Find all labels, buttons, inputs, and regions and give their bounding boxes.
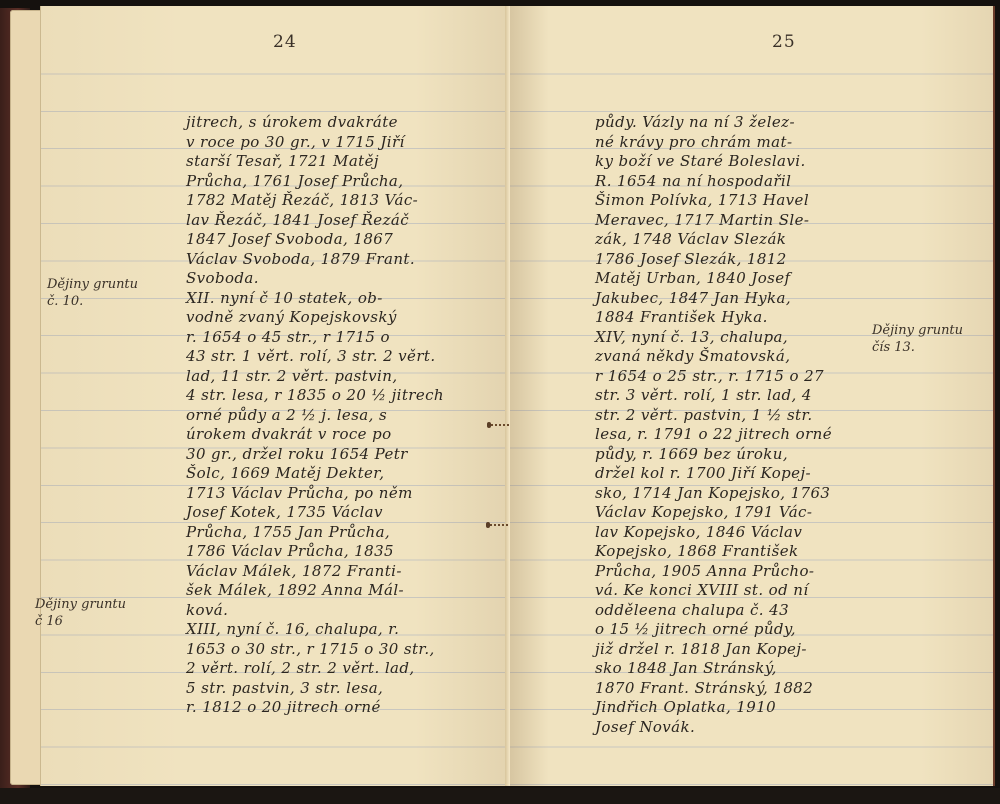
text-line: Průcha, 1755 Jan Průcha,	[186, 523, 486, 543]
text-line: Jindřich Oplatka, 1910	[595, 698, 895, 718]
margin-note-title: Dějiny gruntu	[35, 596, 126, 613]
text-line: lad, 11 str. 2 věrt. pastvin,	[186, 367, 486, 387]
margin-note-number: č. 10.	[47, 293, 138, 310]
text-line: Josef Kotek, 1735 Václav	[186, 503, 486, 523]
text-line: šek Málek, 1892 Anna Mál-	[186, 581, 486, 601]
text-line: r 1654 o 25 str., r. 1715 o 27	[595, 367, 895, 387]
text-line: 1786 Václav Průcha, 1835	[186, 542, 486, 562]
text-line: zvaná někdy Šmatovská,	[595, 347, 895, 367]
text-line: str. 2 věrt. pastvin, 1 ½ str.	[595, 406, 895, 426]
text-line: zák, 1748 Václav Slezák	[595, 230, 895, 250]
text-line: 5 str. pastvin, 3 str. lesa,	[186, 679, 486, 699]
page-number: 25	[772, 32, 796, 52]
text-line: půdy, r. 1669 bez úroku,	[595, 445, 895, 465]
text-line: sko 1848 Jan Stránský,	[595, 659, 895, 679]
text-line: 1847 Josef Svoboda, 1867	[186, 230, 486, 250]
text-line: str. 3 věrt. rolí, 1 str. lad, 4	[595, 386, 895, 406]
text-line: 43 str. 1 věrt. rolí, 3 str. 2 věrt.	[186, 347, 486, 367]
text-line: držel kol r. 1700 Jiří Kopej-	[595, 464, 895, 484]
text-line: Šolc, 1669 Matěj Dekter,	[186, 464, 486, 484]
text-line: orné půdy a 2 ½ j. lesa, s	[186, 406, 486, 426]
text-line: půdy. Vázly na ní 3 želez-	[595, 113, 895, 133]
text-line: 1786 Josef Slezák, 1812	[595, 250, 895, 270]
text-line: Kopejsko, 1868 František	[595, 542, 895, 562]
left-page: 24 Dějiny gruntu č. 10. Dějiny gruntu č …	[40, 6, 509, 786]
text-line: XIV, nyní č. 13, chalupa,	[595, 328, 895, 348]
text-line: R. 1654 na ní hospodařil	[595, 172, 895, 192]
margin-note-number: č 16	[35, 613, 126, 630]
text-line: Václav Svoboda, 1879 Frant.	[186, 250, 486, 270]
text-line: vá. Ke konci XVIII st. od ní	[595, 581, 895, 601]
text-line: ky boží ve Staré Boleslavi.	[595, 152, 895, 172]
text-line: Meravec, 1717 Martin Sle-	[595, 211, 895, 231]
handwritten-text-column: jitrech, s úrokem dvakráte v roce po 30 …	[186, 113, 486, 718]
text-line: Svoboda.	[186, 269, 486, 289]
text-line: lav Kopejsko, 1846 Václav	[595, 523, 895, 543]
text-line: Šimon Polívka, 1713 Havel	[595, 191, 895, 211]
text-line: 1884 František Hyka.	[595, 308, 895, 328]
text-line: Průcha, 1761 Josef Průcha,	[186, 172, 486, 192]
text-line: Průcha, 1905 Anna Průcho-	[595, 562, 895, 582]
text-line: r. 1654 o 45 str., r 1715 o	[186, 328, 486, 348]
handwritten-text-column: půdy. Vázly na ní 3 želez- né krávy pro …	[595, 113, 895, 737]
text-line: XII. nyní č 10 statek, ob-	[186, 289, 486, 309]
text-line: vodně zvaný Kopejskovský	[186, 308, 486, 328]
text-line: odděleena chalupa č. 43	[595, 601, 895, 621]
text-line: ková.	[186, 601, 486, 621]
text-line: jitrech, s úrokem dvakráte	[186, 113, 486, 133]
text-line: 30 gr., držel roku 1654 Petr	[186, 445, 486, 465]
text-line: Matěj Urban, 1840 Josef	[595, 269, 895, 289]
text-line: né krávy pro chrám mat-	[595, 133, 895, 153]
text-line: 1713 Václav Průcha, po něm	[186, 484, 486, 504]
book-cover-edge	[0, 788, 1000, 804]
right-page: 25 Dějiny gruntu čís 13. půdy. Vázly na …	[510, 6, 995, 786]
text-line: již držel r. 1818 Jan Kopej-	[595, 640, 895, 660]
text-line: o 15 ½ jitrech orné půdy,	[595, 620, 895, 640]
text-line: 4 str. lesa, r 1835 o 20 ½ jitrech	[186, 386, 486, 406]
text-line: Jakubec, 1847 Jan Hyka,	[595, 289, 895, 309]
text-line: 1782 Matěj Řezáč, 1813 Vác-	[186, 191, 486, 211]
text-line: v roce po 30 gr., v 1715 Jiří	[186, 133, 486, 153]
margin-note: Dějiny gruntu č 16	[35, 596, 126, 630]
text-line: 1870 Frant. Stránský, 1882	[595, 679, 895, 699]
text-line: 2 věrt. rolí, 2 str. 2 věrt. lad,	[186, 659, 486, 679]
text-line: 1653 o 30 str., r 1715 o 30 str.,	[186, 640, 486, 660]
text-line: r. 1812 o 20 jitrech orné	[186, 698, 486, 718]
text-line: starší Tesař, 1721 Matěj	[186, 152, 486, 172]
page-number: 24	[273, 32, 297, 52]
text-line: sko, 1714 Jan Kopejsko, 1763	[595, 484, 895, 504]
margin-note: Dějiny gruntu č. 10.	[47, 276, 138, 310]
text-line: Václav Kopejsko, 1791 Vác-	[595, 503, 895, 523]
text-line: lav Řezáč, 1841 Josef Řezáč	[186, 211, 486, 231]
text-line: Václav Málek, 1872 Franti-	[186, 562, 486, 582]
text-line: Josef Novák.	[595, 718, 895, 738]
margin-note-title: Dějiny gruntu	[47, 276, 138, 293]
text-line: lesa, r. 1791 o 22 jitrech orné	[595, 425, 895, 445]
text-line: XIII, nyní č. 16, chalupa, r.	[186, 620, 486, 640]
text-line: úrokem dvakrát v roce po	[186, 425, 486, 445]
